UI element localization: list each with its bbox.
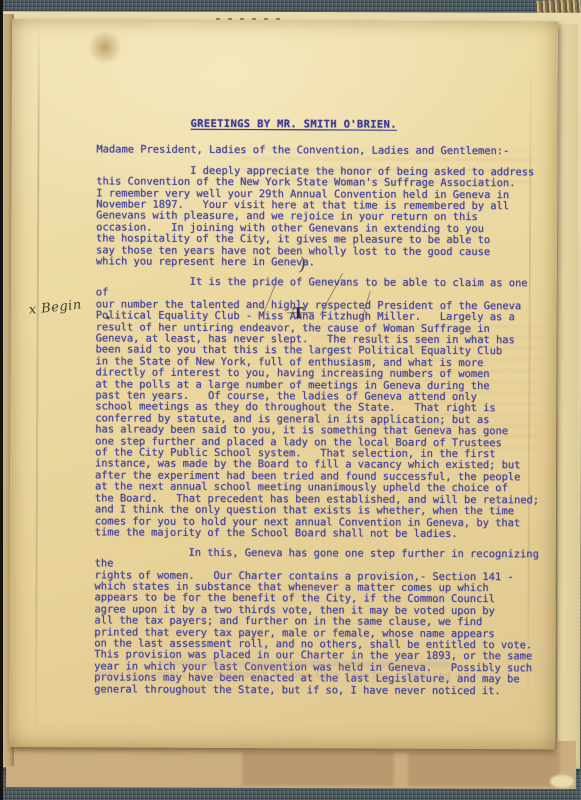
- typed-text-block: GREETINGS BY MR. SMITH O'BRIEN. Madame P…: [94, 118, 547, 706]
- paragraph-1: I deeply appreciate the honor of being a…: [96, 165, 546, 270]
- scanned-document-page: GREETINGS BY MR. SMITH O'BRIEN. Madame P…: [0, 0, 581, 800]
- paper-highlight-blob: [550, 775, 574, 788]
- paper-crease-left: [35, 19, 40, 747]
- page-edge-right: [556, 24, 578, 762]
- tape-stain-left: [242, 752, 394, 787]
- salutation-line: Madame President, Ladies of the Conventi…: [96, 145, 546, 158]
- paragraph-2: It is the pride of Genevans to be able t…: [95, 276, 546, 540]
- ghost-text-stripe: [159, 660, 449, 668]
- pen-dot: [107, 316, 110, 319]
- document-page: GREETINGS BY MR. SMITH O'BRIEN. Madame P…: [9, 19, 558, 749]
- tape-stain-right: [408, 752, 560, 787]
- ghost-bleed-text: were to support an amendment to our City…: [95, 669, 543, 682]
- paper-stain: [88, 30, 122, 64]
- page-title: GREETINGS BY MR. SMITH O'BRIEN.: [191, 119, 547, 132]
- scan-edge-shadow: [0, 0, 3, 800]
